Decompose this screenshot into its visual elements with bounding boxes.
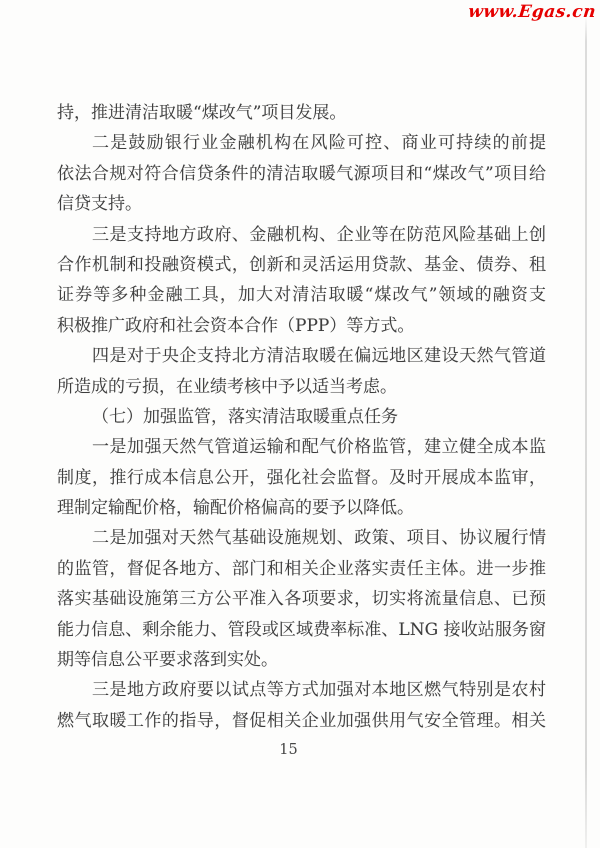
text-line: 依法合规对符合信贷条件的清洁取暖气源项目和“煤改气”项目给予 [57, 159, 546, 189]
text-line: 二是鼓励银行业金融机构在风险可控、商业可持续的前提下， [57, 128, 546, 158]
text-line: 期等信息公平要求落到实处。 [57, 645, 546, 675]
text-line: （七）加强监管，落实清洁取暖重点任务 [57, 402, 546, 432]
scan-page-edge-line [585, 16, 587, 848]
text-line: 能力信息、剩余能力、管段或区域费率标准、LNG 接收站服务窗口 [57, 615, 546, 645]
text-line: 证券等多种金融工具，加大对清洁取暖“煤改气”领域的融资支持。 [57, 280, 546, 310]
text-line: 信贷支持。 [57, 189, 546, 219]
text-line: 所造成的亏损，在业绩考核中予以适当考虑。 [57, 372, 546, 402]
text-line: 合作机制和投融资模式，创新和灵活运用贷款、基金、债券、租赁、 [57, 250, 546, 280]
page-number: 15 [0, 740, 577, 760]
text-line: 三是地方政府要以试点等方式加强对本地区燃气特别是农村 [57, 675, 546, 705]
scanned-document-page: { "watermark": { "text": "www.Egas.cn", … [0, 0, 600, 848]
text-line: 四是对于央企支持北方清洁取暖在偏远地区建设天然气管道 [57, 341, 546, 371]
text-line: 落实基础设施第三方公平准入各项要求，切实将流量信息、已预定 [57, 584, 546, 614]
text-line: 一是加强天然气管道运输和配气价格监管，建立健全成本监审 [57, 432, 546, 462]
text-line: 理制定输配价格，输配价格偏高的要予以降低。 [57, 493, 546, 523]
text-line: 燃气取暖工作的指导，督促相关企业加强供用气安全管理。相关企 [57, 706, 546, 736]
text-line: 持，推进清洁取暖“煤改气”项目发展。 [57, 98, 546, 128]
text-line: 积极推广政府和社会资本合作（PPP）等方式。 [57, 311, 546, 341]
text-line: 二是加强对天然气基础设施规划、政策、项目、协议履行情况 [57, 523, 546, 553]
text-line: 制度，推行成本信息公开，强化社会监督。及时开展成本监审，合 [57, 463, 546, 493]
document-body-text: 持，推进清洁取暖“煤改气”项目发展。二是鼓励银行业金融机构在风险可控、商业可持续… [57, 98, 546, 736]
text-line: 的监管，督促各地方、部门和相关企业落实责任主体。进一步推动 [57, 554, 546, 584]
watermark-egas-logo: www.Egas.cn [295, 2, 597, 22]
text-line: 三是支持地方政府、金融机构、企业等在防范风险基础上创新 [57, 220, 546, 250]
